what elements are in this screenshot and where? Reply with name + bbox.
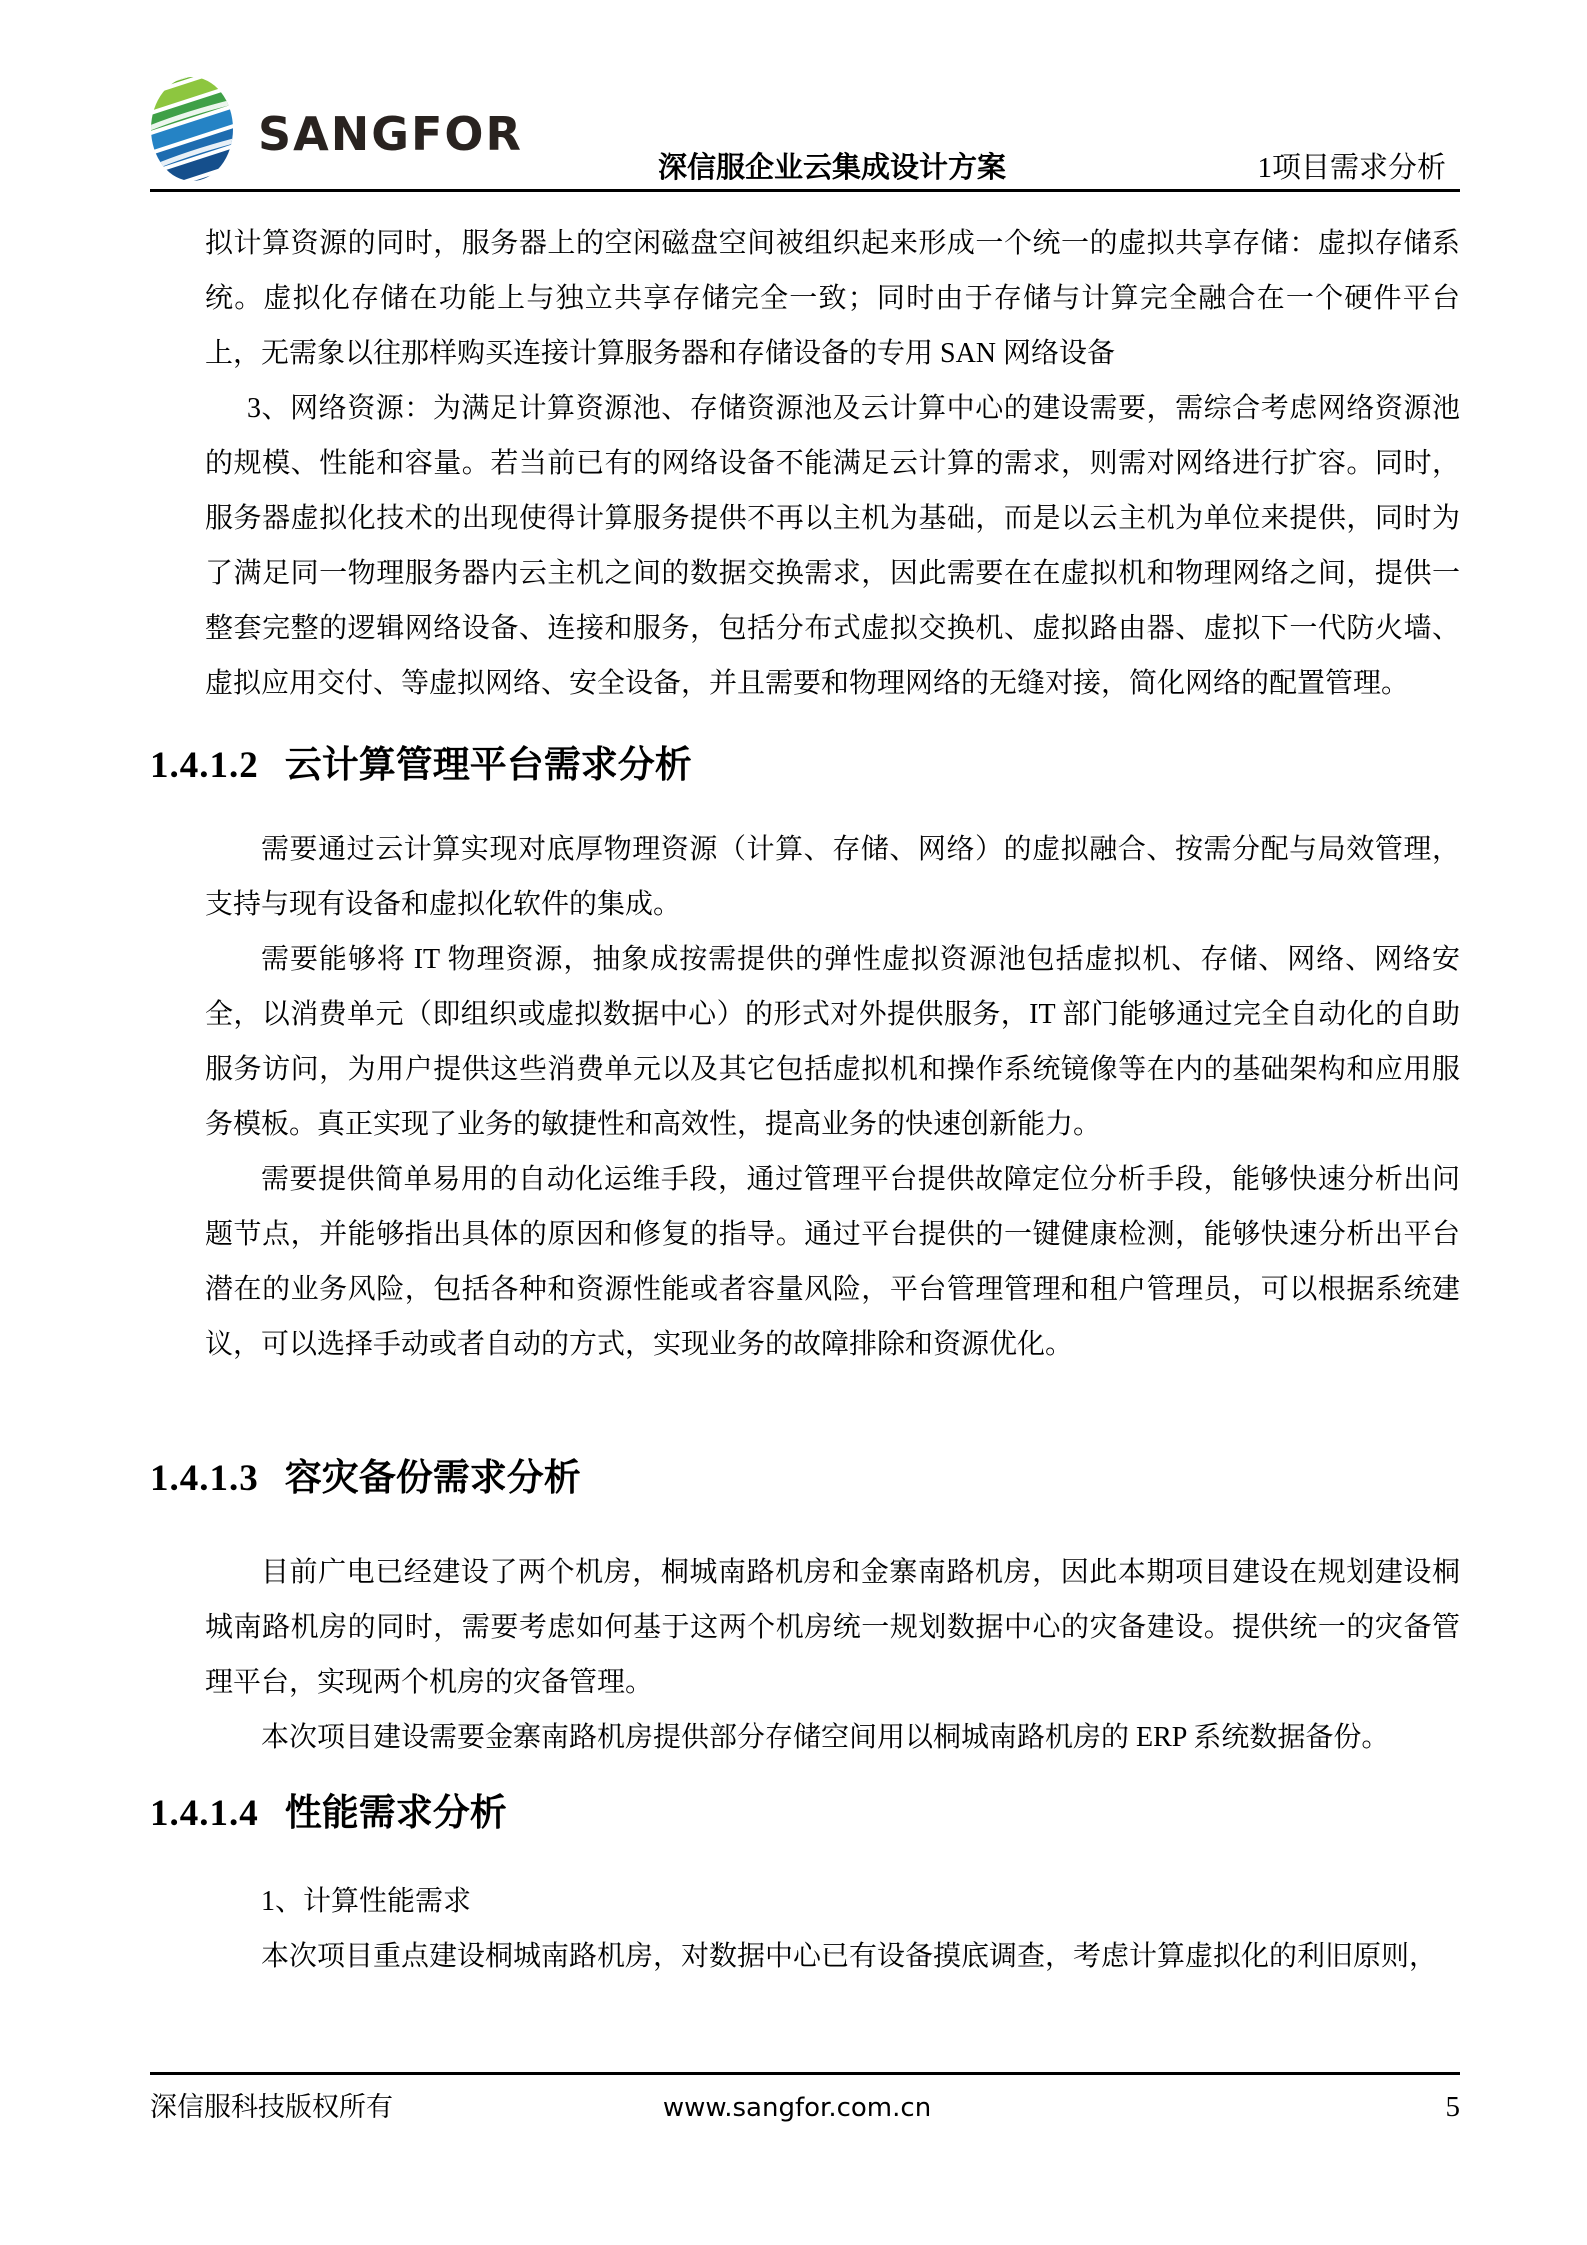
paragraph: 目前广电已经建设了两个机房，桐城南路机房和金寨南路机房，因此本期项目建设在规划建… <box>150 1545 1460 1710</box>
header-doc-title: 深信服企业云集成设计方案 <box>658 145 1006 186</box>
heading-number: 1.4.1.3 <box>150 1458 259 1499</box>
footer-rule <box>150 2072 1460 2075</box>
document-content: 拟计算资源的同时，服务器上的空闲磁盘空间被组织起来形成一个统一的虚拟共享存储：虚… <box>150 216 1460 1984</box>
footer-website-link[interactable]: www.sangfor.com.cn <box>663 2093 931 2123</box>
section-heading: 1.4.1.3容灾备份需求分析 <box>150 1454 1460 1503</box>
footer-row: 深信服科技版权所有 www.sangfor.com.cn 5 <box>150 2085 1460 2124</box>
paragraph: 3、网络资源：为满足计算资源池、存储资源池及云计算中心的建设需要，需综合考虑网络… <box>150 381 1460 711</box>
page-header: SANGFOR 深信服企业云集成设计方案 1项目需求分析 <box>150 0 1460 192</box>
sangfor-globe-icon <box>150 76 234 182</box>
paragraph: 需要能够将 IT 物理资源，抽象成按需提供的弹性虚拟资源池包括虚拟机、存储、网络… <box>150 932 1460 1152</box>
heading-title: 性能需求分析 <box>285 1791 507 1834</box>
paragraph: 本次项目建设需要金寨南路机房提供部分存储空间用以桐城南路机房的 ERP 系统数据… <box>150 1710 1460 1765</box>
heading-title: 云计算管理平台需求分析 <box>285 743 692 786</box>
page-number: 5 <box>939 2091 1460 2124</box>
heading-number: 1.4.1.4 <box>150 1793 259 1834</box>
sangfor-wordmark: SANGFOR <box>258 107 523 161</box>
header-section-label: 1项目需求分析 <box>1257 145 1446 186</box>
footer-copyright: 深信服科技版权所有 <box>150 2085 671 2124</box>
heading-title: 容灾备份需求分析 <box>285 1456 581 1499</box>
header-rule <box>150 189 1460 192</box>
section-heading: 1.4.1.2云计算管理平台需求分析 <box>150 741 1460 790</box>
paragraph: 拟计算资源的同时，服务器上的空闲磁盘空间被组织起来形成一个统一的虚拟共享存储：虚… <box>150 216 1460 381</box>
document-page: SANGFOR 深信服企业云集成设计方案 1项目需求分析 拟计算资源的同时，服务… <box>0 0 1587 2245</box>
page-footer: 深信服科技版权所有 www.sangfor.com.cn 5 <box>150 2072 1460 2124</box>
section-heading: 1.4.1.4性能需求分析 <box>150 1789 1460 1838</box>
heading-number: 1.4.1.2 <box>150 745 259 786</box>
sangfor-logo: SANGFOR <box>150 76 523 182</box>
paragraph: 需要通过云计算实现对底厚物理资源（计算、存储、网络）的虚拟融合、按需分配与局效管… <box>150 822 1460 932</box>
paragraph: 本次项目重点建设桐城南路机房，对数据中心已有设备摸底调查，考虑计算虚拟化的利旧原… <box>150 1929 1460 1984</box>
paragraph: 需要提供简单易用的自动化运维手段，通过管理平台提供故障定位分析手段，能够快速分析… <box>150 1152 1460 1372</box>
paragraph: 1、计算性能需求 <box>150 1874 1460 1929</box>
